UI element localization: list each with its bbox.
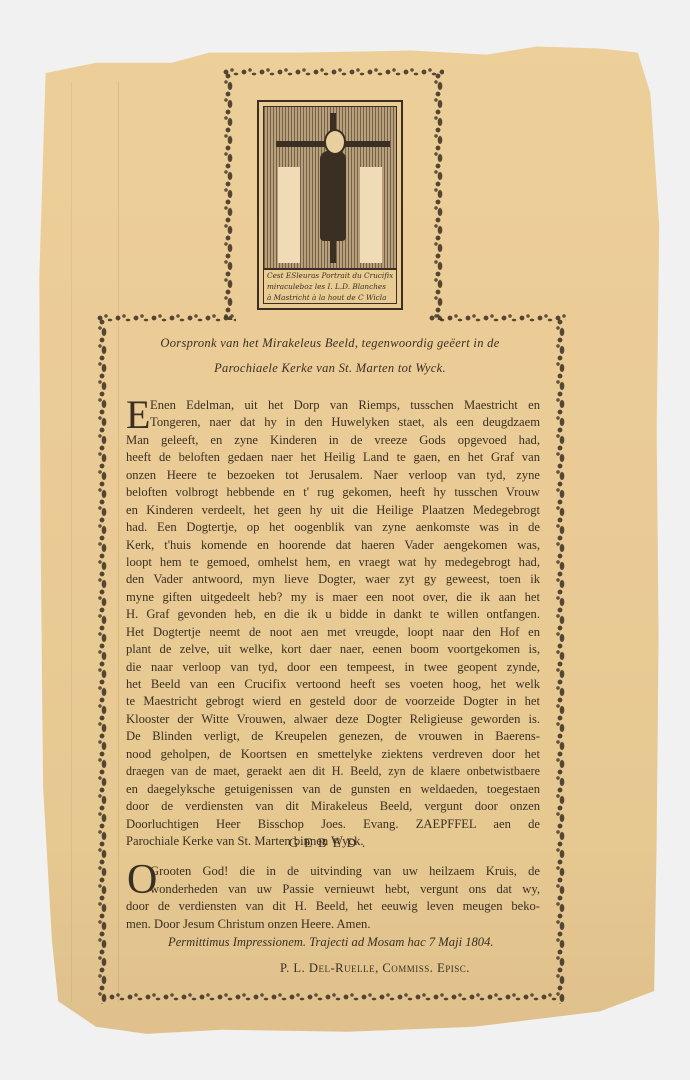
- body-line: H. Graf gevonden heb, en die ik u bidde …: [126, 606, 540, 623]
- prayer-line: wonderheden van uw Passie vernieuwt hebt…: [126, 881, 540, 899]
- woodcut-caption: Cest ESleuras Portrait du Crucifix mirac…: [263, 268, 397, 304]
- body-line: De Blinden verligt, de Kreupelen genezen…: [126, 728, 540, 745]
- body-line: plant de zelve, uit welke, kort daer nae…: [126, 641, 540, 658]
- body-line: te Maestricht gebrogt wierd en gesteld d…: [126, 693, 540, 710]
- body-line: onzen Heere te bezoeken tot Jerusalem. N…: [126, 467, 540, 484]
- ornament-border-bottom: [108, 991, 560, 1003]
- body-line: door de verdiensten van dit Mirakeleus B…: [126, 798, 540, 815]
- prayer-text: Grooten God! die in de uitvinding van uw…: [126, 863, 540, 933]
- body-line: myne giften uitgedeelt heb? my is maer e…: [126, 589, 540, 606]
- caption-line: à Mastricht à la hout de C Wicla: [267, 292, 393, 303]
- body-line: Enen Edelman, uit het Dorp van Riemps, t…: [126, 397, 540, 414]
- paper-fold-line: [118, 82, 119, 1002]
- body-line: Het Dogtertje neemt de noot aen met vreu…: [126, 624, 540, 641]
- body-line: Man geleeft, en zyne Kinderen in de vree…: [126, 432, 540, 449]
- signature-line: P. L. Del-Ruelle, Commiss. Episc.: [280, 961, 470, 976]
- prayer-line: men. Door Jesum Christum onzen Heere. Am…: [126, 916, 540, 934]
- ornament-border-left-woodcut: [222, 72, 234, 320]
- body-line: beloften volbrogt hebbende en t' rug gek…: [126, 484, 540, 501]
- body-line: Kerk, t'huis komende en hoorende dat hae…: [126, 537, 540, 554]
- crucified-figure-head: [324, 129, 346, 155]
- body-line: het Beeld van een Crucifix vertoond heef…: [126, 676, 540, 693]
- imprimatur-line: Permittimus Impressionem. Trajecti ad Mo…: [168, 935, 494, 950]
- ornament-border-left: [96, 318, 108, 1004]
- crucifix-woodcut-image: [263, 106, 397, 270]
- prayer-heading: GEBED.: [110, 835, 550, 851]
- candle-light-left: [278, 167, 300, 263]
- paper-fold-line: [71, 82, 72, 1002]
- ornament-border-top-right: [428, 312, 566, 324]
- caption-line: miraculeboz les I. L.D. Blanches: [267, 281, 393, 292]
- ornament-border-right-woodcut: [432, 72, 444, 320]
- woodcut-print: Cest ESleuras Portrait du Crucifix mirac…: [257, 100, 403, 310]
- document-title-line-2: Parochiaele Kerke van St. Marten tot Wyc…: [110, 361, 550, 376]
- ornament-border-top-woodcut: [222, 66, 444, 78]
- body-line: heeft de beloften gedaen naer het Heilig…: [126, 449, 540, 466]
- body-line: en daegelyksche getuigenissen van de gun…: [126, 781, 540, 798]
- body-line: Tongeren, naer dat hy in den Huwelyken s…: [126, 414, 540, 431]
- body-line: had. Een Dogtertje, op het oogenblik van…: [126, 519, 540, 536]
- body-line: die naar verloop van tyd, door een tempe…: [126, 659, 540, 676]
- ornament-border-right: [554, 318, 566, 1004]
- caption-line: Cest ESleuras Portrait du Crucifix: [267, 270, 393, 281]
- body-line: en Kinderen verdeelt, het geen hy uit di…: [126, 502, 540, 519]
- body-line: den Vader antwoord, myn lieve Dogter, wa…: [126, 571, 540, 588]
- body-line: Klooster der Witte Vrouwen, alwaer deze …: [126, 711, 540, 728]
- body-line: Doorluchtigen Heer Bisschop Joes. Evang.…: [126, 816, 540, 833]
- prayer-line: door de verdiensten van dit H. Beeld, he…: [126, 898, 540, 916]
- body-text: Enen Edelman, uit het Dorp van Riemps, t…: [126, 397, 540, 850]
- body-line: nood geholpen, de Koortsen en smettelyke…: [126, 746, 540, 763]
- body-line: loopt hem te gemoed, omhelst hem, en vra…: [126, 554, 540, 571]
- document-title-line-1: Oorspronk van het Mirakeleus Beeld, tege…: [110, 336, 550, 351]
- crucified-figure: [320, 151, 346, 241]
- ornament-border-top-left: [96, 312, 236, 324]
- body-line: draegen van de maet, geraekt aen dit H. …: [126, 763, 540, 780]
- candle-light-right: [360, 167, 382, 263]
- prayer-line: Grooten God! die in de uitvinding van uw…: [126, 863, 540, 881]
